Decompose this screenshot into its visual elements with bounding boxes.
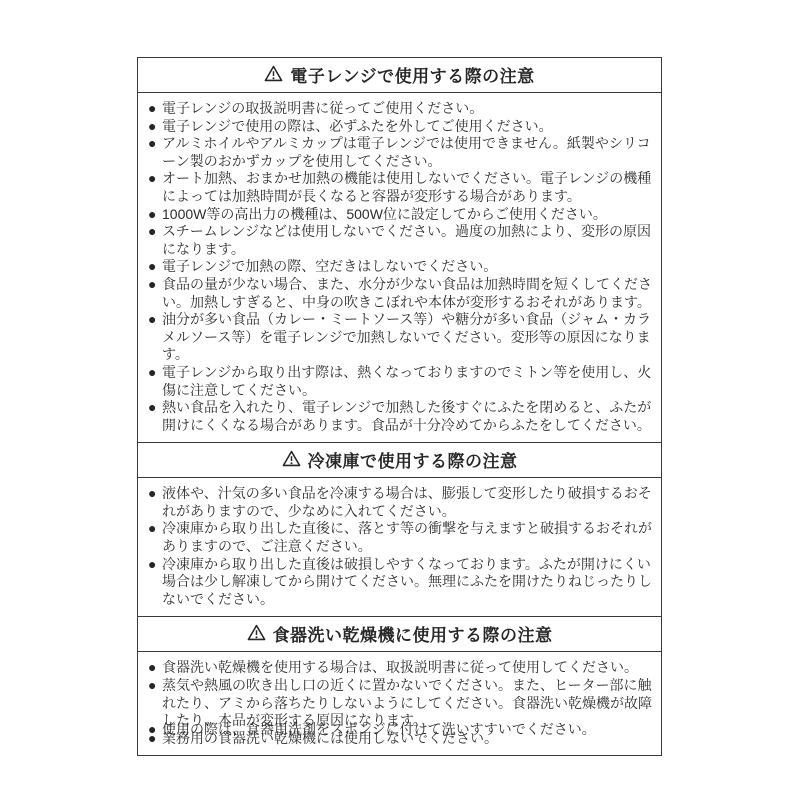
bullet-icon: ● xyxy=(148,135,162,153)
bullet-icon: ● xyxy=(148,206,162,224)
notice-text: スチームレンジなどは使用しないでください。過度の加熱により、変形の原因になります… xyxy=(162,223,651,257)
bullet-icon: ● xyxy=(148,118,162,136)
notice-text: 冷凍庫から取り出した直後に、落とす等の衝撃を与えますと破損するおそれがありますの… xyxy=(162,520,652,554)
care-instructions-sheet: 電子レンジで使用する際の注意 ●電子レンジの取扱説明書に従ってご使用ください。 … xyxy=(137,57,662,756)
notice-text: 食品の量が少ない場合、また、水分が少ない食品は加熱時間を短くしてください。加熱し… xyxy=(162,276,652,310)
notice-item: ●電子レンジから取り出す際は、熱くなっておりますのでミトン等を使用し、火傷に注意… xyxy=(148,364,652,399)
notice-item: ●熱い食品を入れたり、電子レンジで加熱した後すぐにふたを閉めると、ふたが開けにく… xyxy=(148,399,652,434)
notice-text: 1000W等の高出力の機種は、500W位に設定してからご使用ください。 xyxy=(162,206,607,222)
section-title: 電子レンジで使用する際の注意 xyxy=(290,62,534,87)
notice-item: ●冷凍庫から取り出した直後に、落とす等の衝撃を与えますと破損するおそれがあります… xyxy=(148,520,652,555)
section-title: 冷凍庫で使用する際の注意 xyxy=(308,447,518,472)
notice-item: ●オート加熱、おまかせ加熱の機能は使用しないでください。電子レンジの機種によって… xyxy=(148,170,652,205)
notice-text: 電子レンジの取扱説明書に従ってご使用ください。 xyxy=(162,100,483,116)
notice-text: 電子レンジから取り出す際は、熱くなっておりますのでミトン等を使用し、火傷に注意し… xyxy=(162,364,651,398)
notice-text: 油分が多い食品（カレー・ミートソース等）や糖分が多い食品（ジャム・カラメルソース… xyxy=(162,311,651,362)
washing-note: ●使用の際は、食器用洗剤をスポンジに付けて洗いすすいでください。 xyxy=(148,721,674,739)
notice-text: アルミホイルやアルミカップは電子レンジでは使用できません。紙製やシリコーン製のお… xyxy=(162,135,651,169)
bullet-icon: ● xyxy=(148,100,162,118)
warning-triangle-icon xyxy=(264,65,283,87)
notice-text: オート加熱、おまかせ加熱の機能は使用しないでください。電子レンジの機種によっては… xyxy=(162,170,651,204)
section-freezer: 冷凍庫で使用する際の注意 ●液体や、汁気の多い食品を冷凍する場合は、膨張して変形… xyxy=(138,442,661,616)
notice-text: 電子レンジで加熱の際、空だきはしないでください。 xyxy=(162,258,497,274)
notice-text: 冷凍庫から取り出した直後は破損しやすくなっております。ふたが開けにくい場合は少し… xyxy=(162,556,652,607)
notice-text: 液体や、汁気の多い食品を冷凍する場合は、膨張して変形したり破損するおそれがありま… xyxy=(162,485,652,519)
bullet-icon: ● xyxy=(148,556,162,574)
bullet-icon: ● xyxy=(148,258,162,276)
notice-item: ●電子レンジの取扱説明書に従ってご使用ください。 xyxy=(148,100,652,118)
section-dishwasher-body: ●食器洗い乾燥機を使用する場合は、取扱説明書に従って使用してください。 ●蒸気や… xyxy=(138,652,661,755)
notice-item: ●電子レンジで加熱の際、空だきはしないでください。 xyxy=(148,258,652,276)
notice-item: ●油分が多い食品（カレー・ミートソース等）や糖分が多い食品（ジャム・カラメルソー… xyxy=(148,311,652,364)
bullet-icon: ● xyxy=(148,659,162,677)
notice-item: ●液体や、汁気の多い食品を冷凍する場合は、膨張して変形したり破損するおそれがあり… xyxy=(148,485,652,520)
notice-item: ●食品の量が少ない場合、また、水分が少ない食品は加熱時間を短くしてください。加熱… xyxy=(148,276,652,311)
bullet-icon: ● xyxy=(148,520,162,538)
bullet-icon: ● xyxy=(148,311,162,329)
bullet-icon: ● xyxy=(148,170,162,188)
warning-triangle-icon xyxy=(247,624,266,646)
notice-item: ●スチームレンジなどは使用しないでください。過度の加熱により、変形の原因になりま… xyxy=(148,223,652,258)
bullet-icon: ● xyxy=(148,223,162,241)
section-freezer-header: 冷凍庫で使用する際の注意 xyxy=(138,442,661,478)
scanned-instruction-page: 電子レンジで使用する際の注意 ●電子レンジの取扱説明書に従ってご使用ください。 … xyxy=(0,0,800,800)
notice-item: ●アルミホイルやアルミカップは電子レンジでは使用できません。紙製やシリコーン製の… xyxy=(148,135,652,170)
section-microwave-header: 電子レンジで使用する際の注意 xyxy=(138,58,661,93)
section-freezer-body: ●液体や、汁気の多い食品を冷凍する場合は、膨張して変形したり破損するおそれがあり… xyxy=(138,478,661,616)
notice-text: 電子レンジで使用の際は、必ずふたを外してご使用ください。 xyxy=(162,118,553,134)
bullet-icon: ● xyxy=(148,364,162,382)
bullet-icon: ● xyxy=(148,276,162,294)
bullet-icon: ● xyxy=(148,399,162,417)
section-microwave-body: ●電子レンジの取扱説明書に従ってご使用ください。 ●電子レンジで使用の際は、必ず… xyxy=(138,93,661,442)
warning-triangle-icon xyxy=(282,450,301,472)
section-microwave: 電子レンジで使用する際の注意 ●電子レンジの取扱説明書に従ってご使用ください。 … xyxy=(138,58,661,442)
bullet-icon: ● xyxy=(148,677,162,695)
notice-item: ●電子レンジで使用の際は、必ずふたを外してご使用ください。 xyxy=(148,118,652,136)
notice-item: ●食器洗い乾燥機を使用する場合は、取扱説明書に従って使用してください。 xyxy=(148,659,652,677)
bullet-icon: ● xyxy=(148,721,162,739)
section-title: 食器洗い乾燥機に使用する際の注意 xyxy=(273,621,553,646)
notice-text: 熱い食品を入れたり、電子レンジで加熱した後すぐにふたを閉めると、ふたが開けにくく… xyxy=(162,399,651,433)
notice-item: ●1000W等の高出力の機種は、500W位に設定してからご使用ください。 xyxy=(148,206,652,224)
notice-text: 食器洗い乾燥機を使用する場合は、取扱説明書に従って使用してください。 xyxy=(162,659,638,675)
section-dishwasher-header: 食器洗い乾燥機に使用する際の注意 xyxy=(138,616,661,652)
notice-text: 使用の際は、食器用洗剤をスポンジに付けて洗いすすいでください。 xyxy=(162,721,596,737)
bullet-icon: ● xyxy=(148,485,162,503)
notice-item: ●冷凍庫から取り出した直後は破損しやすくなっております。ふたが開けにくい場合は少… xyxy=(148,556,652,609)
